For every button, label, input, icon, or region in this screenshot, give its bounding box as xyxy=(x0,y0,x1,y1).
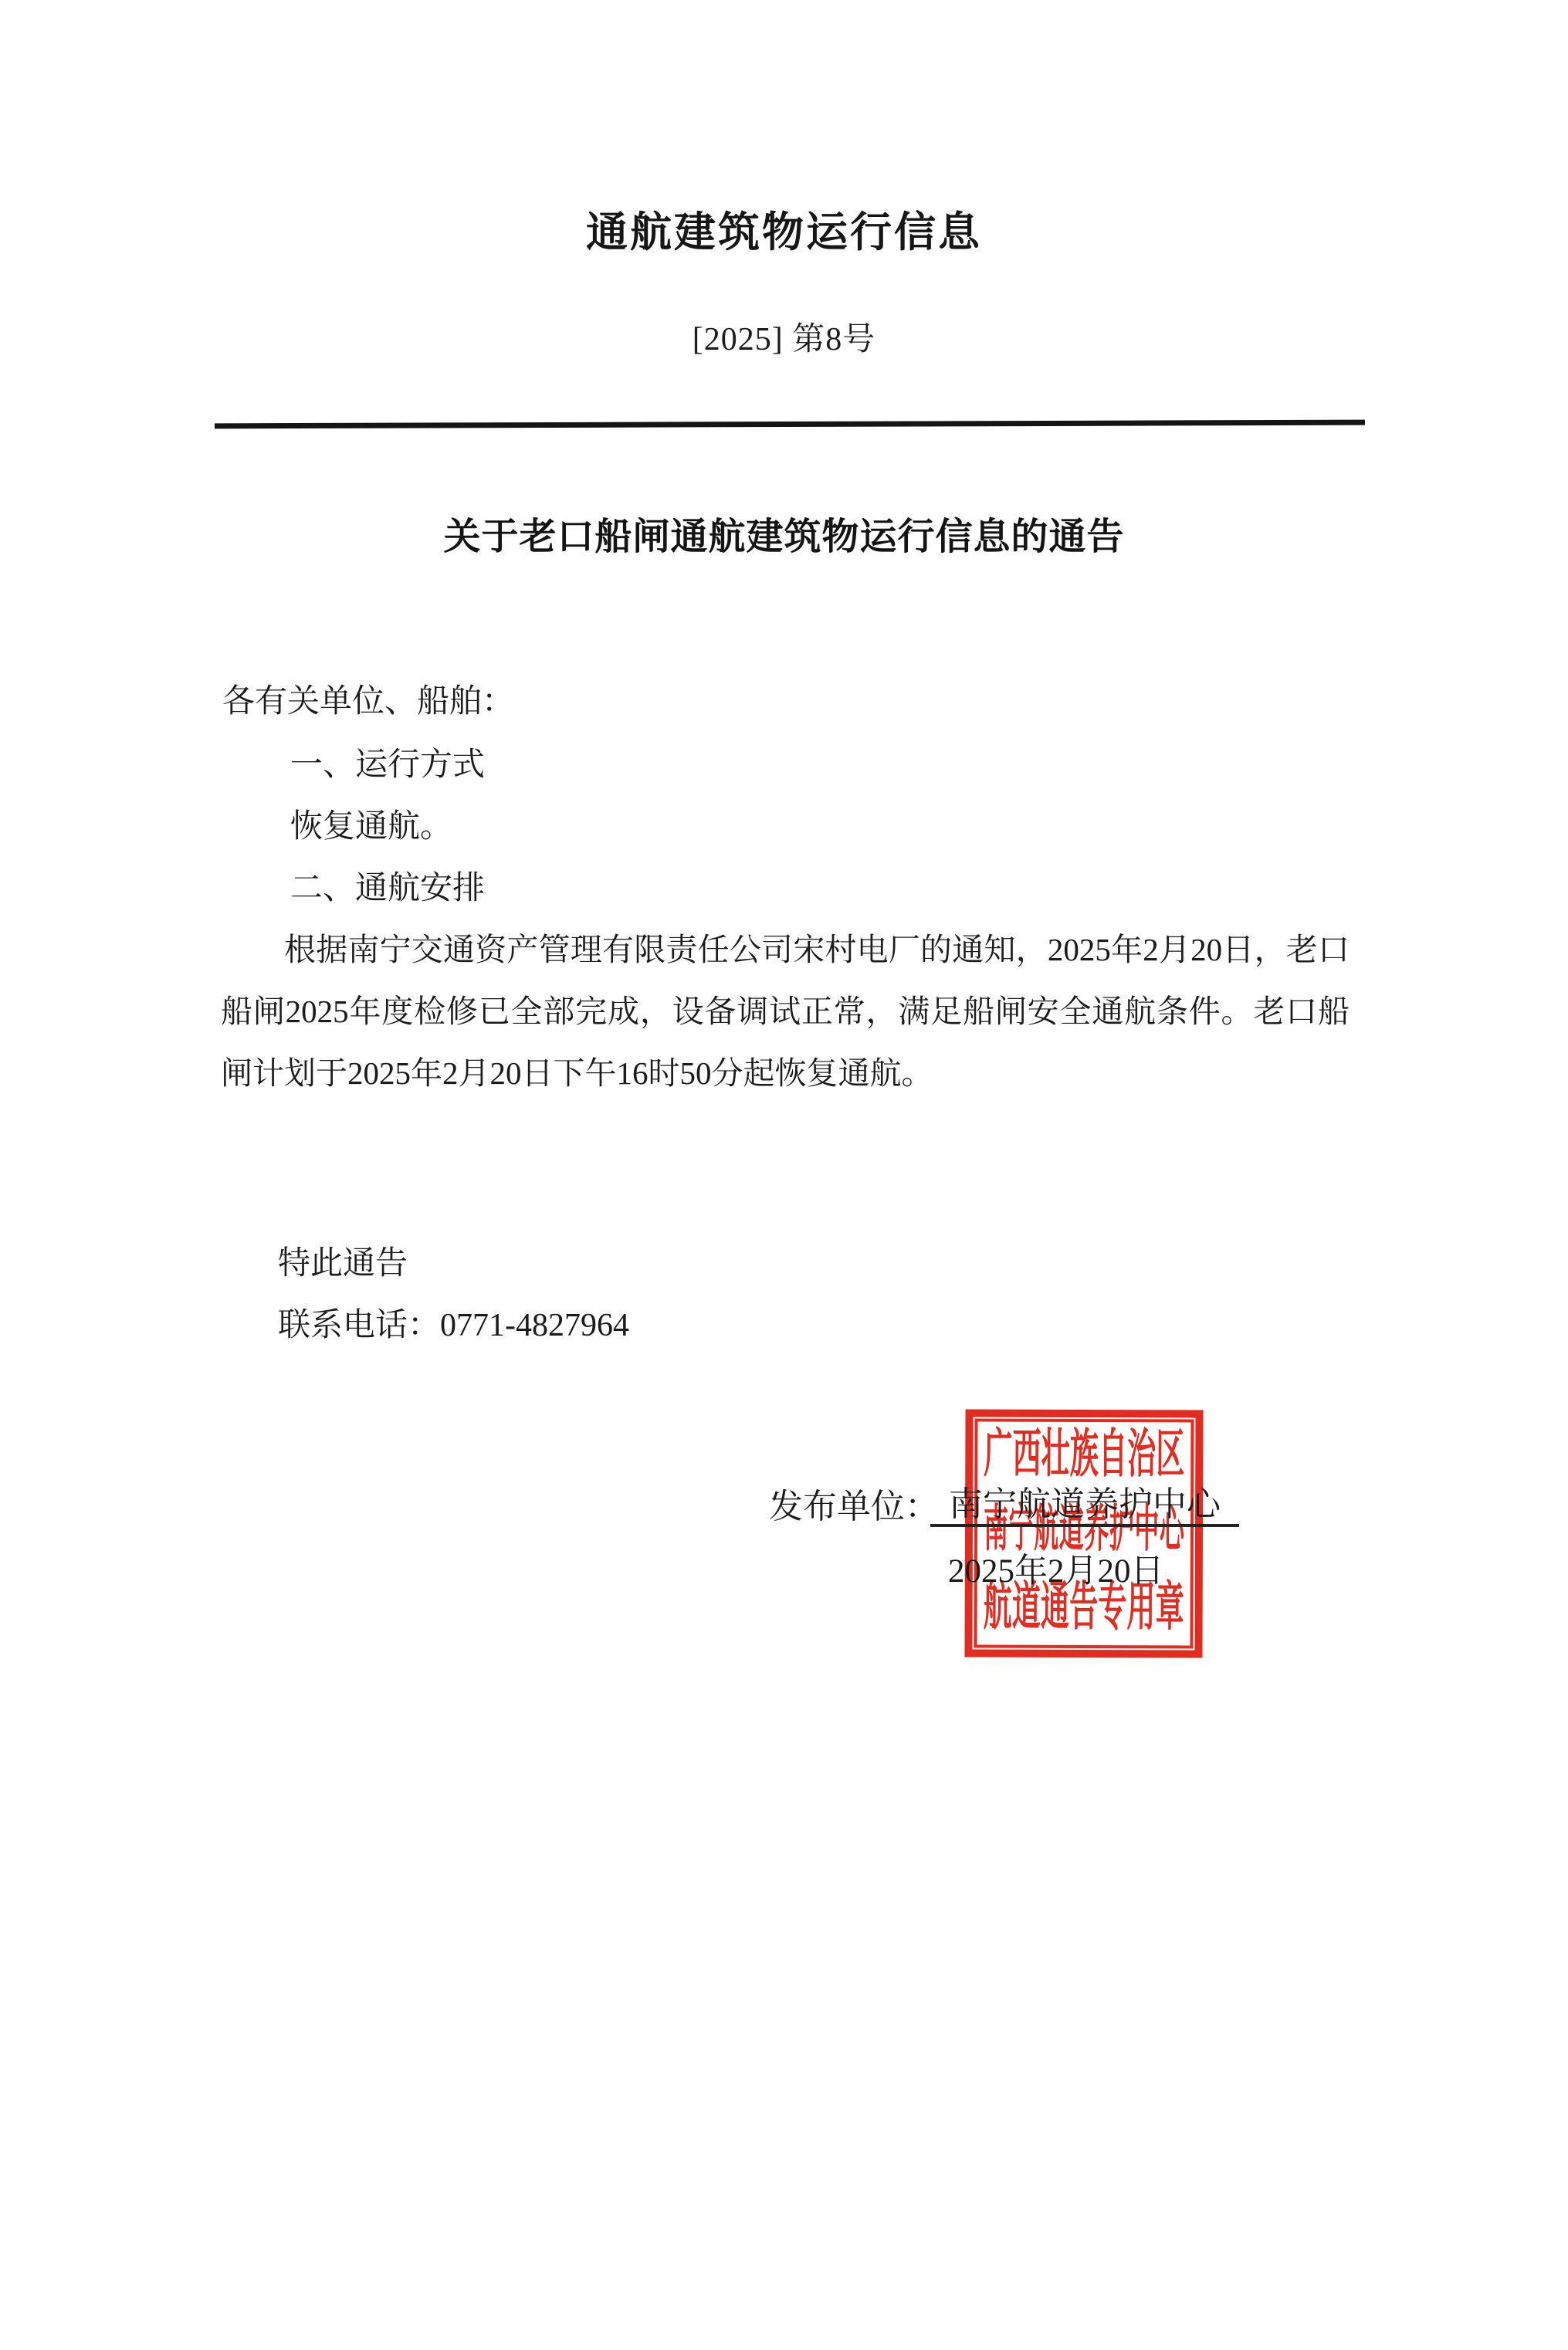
contact-phone-line: 联系电话：0771-4827964 xyxy=(278,1309,629,1342)
publisher-label: 发布单位： xyxy=(769,1490,939,1524)
section2-heading: 二、通航安排 xyxy=(290,872,485,905)
notice-subtitle: 关于老口船闸通航建筑物运行信息的通告 xyxy=(0,506,1568,560)
notice-document-page: 通航建筑物运行信息 [2025] 第8号 关于老口船闸通航建筑物运行信息的通告 … xyxy=(0,0,1568,2350)
publish-date: 2025年2月20日 xyxy=(948,1555,1164,1588)
stamp-inner-border: 广西壮族自治区 南宁航道养护中心 航道通告专用章 xyxy=(974,1419,1194,1649)
publisher-name-underlined: 南宁航道养护中心 xyxy=(930,1485,1239,1527)
document-number: [2025] 第8号 xyxy=(0,313,1568,360)
section1-heading: 一、运行方式 xyxy=(290,749,485,781)
stamp-text-line-1: 广西壮族自治区 xyxy=(984,1427,1184,1485)
closing-line: 特此通告 xyxy=(278,1248,408,1280)
header-divider-rule xyxy=(215,420,1365,429)
section1-text: 恢复通航。 xyxy=(290,811,452,843)
document-title: 通航建筑物运行信息 xyxy=(0,199,1568,259)
salutation-line: 各有关单位、船舶： xyxy=(222,686,514,718)
official-seal-stamp: 广西壮族自治区 南宁航道养护中心 航道通告专用章 xyxy=(964,1409,1203,1658)
section2-paragraph: 根据南宁交通资产管理有限责任公司宋村电厂的通知，2025年2月20日，老口船闸2… xyxy=(221,919,1350,1104)
